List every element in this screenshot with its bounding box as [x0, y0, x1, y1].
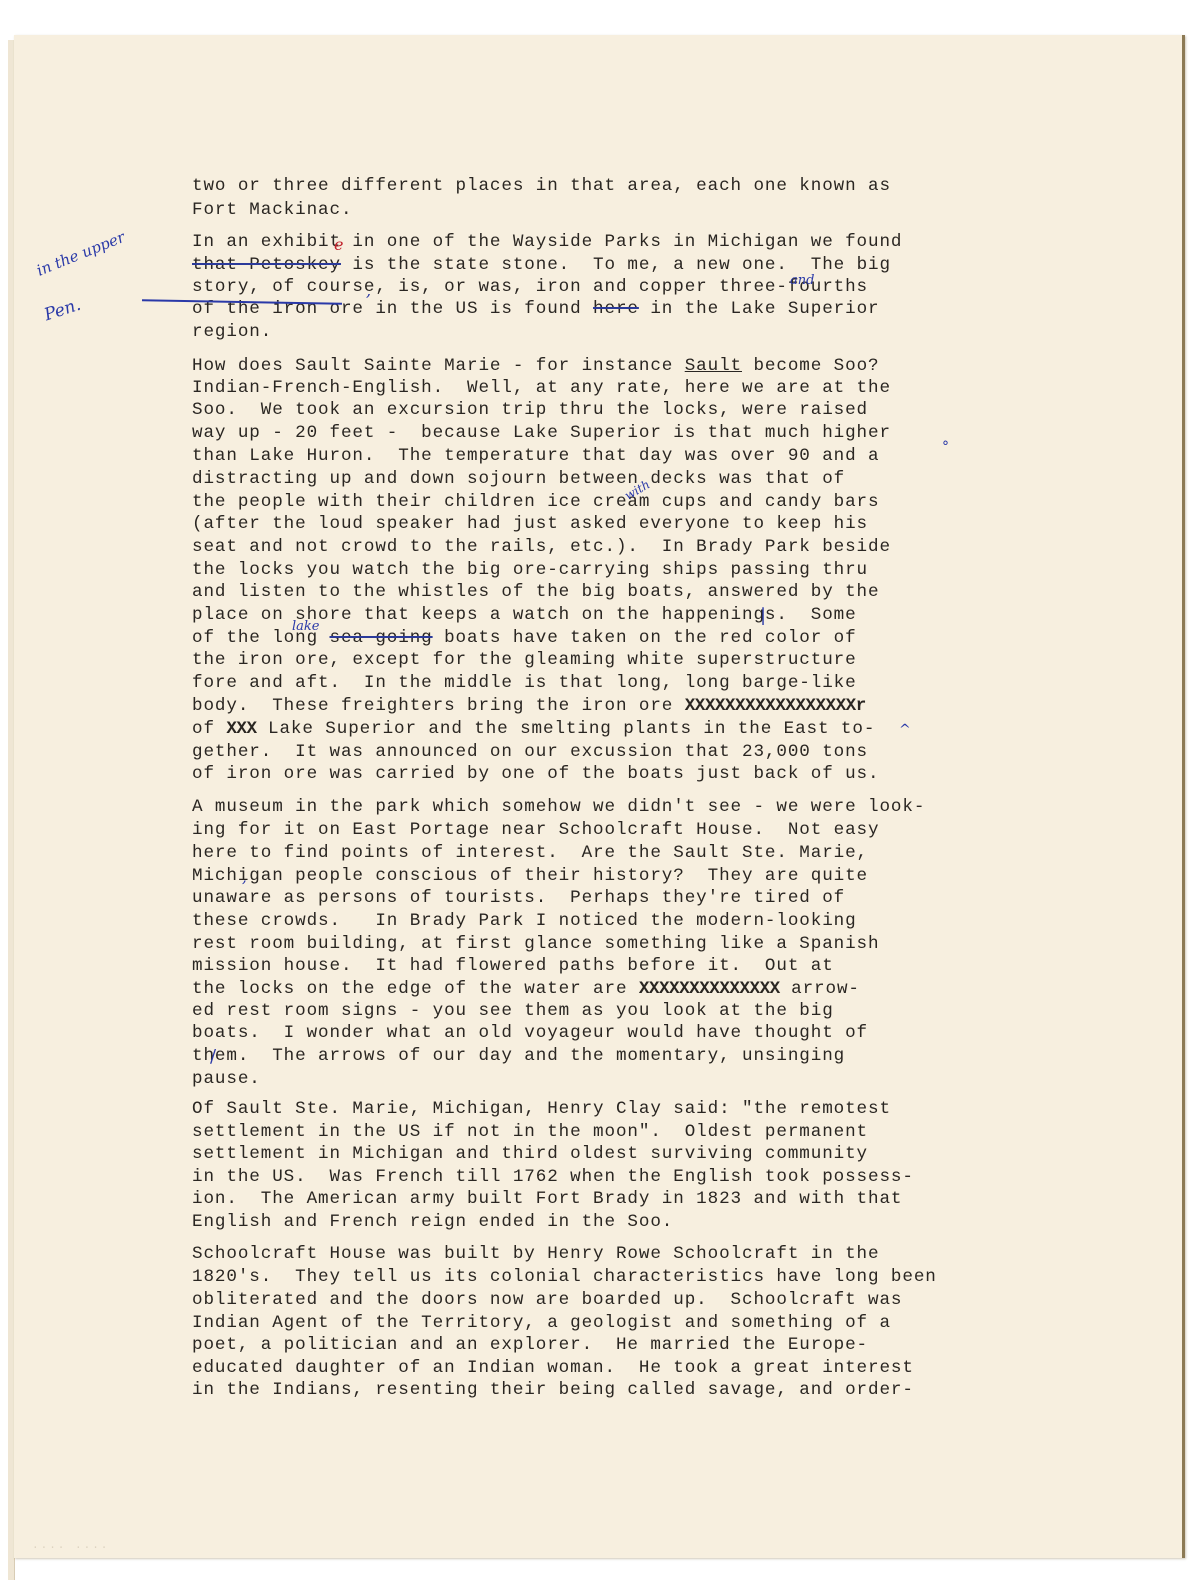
underlined-word-sault: Sault — [685, 356, 742, 376]
text-segment: boats have taken on the red color of — [433, 628, 857, 648]
text-line: than Lake Huron. The temperature that da… — [192, 445, 879, 467]
text-line: obliterated and the doors now are boarde… — [192, 1289, 902, 1311]
text-line: ed rest room signs - you see them as you… — [192, 1000, 834, 1022]
text-line: in the US. Was French till 1762 when the… — [192, 1166, 914, 1188]
faded-stamp: .... .... — [32, 1540, 109, 1552]
text-segment: the locks on the edge of the water are — [192, 979, 639, 999]
text-line: the people with their children ice cream… — [192, 491, 879, 513]
margin-note-handwritten-2: Pen. — [42, 295, 83, 325]
text-line: story, of course, is, or was, iron and c… — [192, 276, 868, 298]
manuscript-page: two or three different places in that ar… — [14, 35, 1185, 1558]
deletion-mark: | — [760, 605, 766, 626]
text-line: region. — [192, 321, 272, 343]
text-line: Indian Agent of the Territory, a geologi… — [192, 1312, 891, 1334]
text-line: rest room building, at first glance some… — [192, 933, 879, 955]
text-segment: in the Lake Superior — [639, 299, 880, 319]
text-line: Soo. We took an excursion trip thru the … — [192, 399, 868, 421]
text-segment: Lake Superior and the smelting plants in… — [257, 719, 876, 739]
text-segment: become Soo? — [742, 356, 880, 376]
text-line: the locks you watch the big ore-carrying… — [192, 559, 868, 581]
text-line: Indian-French-English. Well, at any rate… — [192, 377, 891, 399]
text-line: pause. — [192, 1068, 261, 1090]
text-line: Schoolcraft House was built by Henry Row… — [192, 1243, 879, 1265]
text-line: Fort Mackinac. — [192, 199, 352, 221]
text-line: 1820's. They tell us its colonial charac… — [192, 1266, 937, 1288]
text-line: these crowds. In Brady Park I noticed th… — [192, 910, 857, 932]
text-line: of iron ore was carried by one of the bo… — [192, 763, 879, 785]
struck-word-here: here — [593, 299, 639, 319]
deletion-mark: / — [210, 1046, 216, 1067]
degree-mark: ° — [942, 439, 949, 455]
comma-insert-mark: , — [242, 868, 247, 886]
text-line-underline: How does Sault Sainte Marie - for instan… — [192, 355, 880, 377]
text-segment: of — [192, 719, 226, 739]
lake-insert-mark: lake — [292, 619, 319, 634]
text-line-overstrike: body. These freighters bring the iron or… — [192, 695, 866, 717]
text-line: way up - 20 feet - because Lake Superior… — [192, 422, 891, 444]
comma-insert-mark: , — [366, 281, 371, 300]
text-line: them. The arrows of our day and the mome… — [192, 1045, 845, 1067]
struck-word-sea-going: sea-going — [330, 628, 433, 648]
xed-out-text: XXX — [226, 719, 256, 739]
text-line: unaware as persons of tourists. Perhaps … — [192, 887, 845, 909]
text-line: gether. It was announced on our excussio… — [192, 741, 868, 763]
caret-insert-mark: ^ — [899, 722, 911, 738]
text-line: two or three different places in that ar… — [192, 175, 891, 197]
text-line: fore and aft. In the middle is that long… — [192, 672, 857, 694]
text-line: the iron ore, except for the gleaming wh… — [192, 649, 857, 671]
text-line: (after the loud speaker had just asked e… — [192, 513, 868, 535]
text-line: ing for it on East Portage near Schoolcr… — [192, 819, 879, 841]
text-line-rest: is the state stone. To me, a new one. Th… — [341, 255, 891, 275]
text-line: settlement in Michigan and third oldest … — [192, 1143, 868, 1165]
text-line: Of Sault Ste. Marie, Michigan, Henry Cla… — [192, 1098, 891, 1120]
text-segment: body. These freighters bring the iron or… — [192, 696, 685, 716]
margin-note-handwritten: in the upper — [34, 228, 127, 280]
text-line: seat and not crowd to the rails, etc.). … — [192, 536, 891, 558]
text-line: distracting up and down sojourn between … — [192, 468, 845, 490]
text-line: poet, a politician and an explorer. He m… — [192, 1334, 868, 1356]
text-line: here to find points of interest. Are the… — [192, 842, 868, 864]
text-line: educated daughter of an Indian woman. He… — [192, 1357, 914, 1379]
text-line: mission house. It had flowered paths bef… — [192, 955, 834, 977]
text-line: In an exhibit in one of the Wayside Park… — [192, 231, 902, 253]
text-segment: arrow- — [780, 979, 860, 999]
text-line-struck-start: that Petoskey is the state stone. To me,… — [192, 254, 891, 276]
text-line: and listen to the whistles of the big bo… — [192, 581, 879, 603]
text-line: English and French reign ended in the So… — [192, 1211, 673, 1233]
correction-mark-red: e — [334, 235, 343, 254]
xed-out-text: XXXXXXXXXXXXXX — [639, 979, 780, 999]
text-line-overstrike: of XXX Lake Superior and the smelting pl… — [192, 718, 875, 740]
text-line: settlement in the US if not in the moon"… — [192, 1121, 868, 1143]
struck-text: that Petoskey — [192, 255, 341, 275]
text-line: in the Indians, resenting their being ca… — [192, 1379, 914, 1401]
text-line: A museum in the park which somehow we di… — [192, 796, 925, 818]
text-line: Michigan people conscious of their histo… — [192, 865, 868, 887]
xed-out-text: XXXXXXXXXXXXXXXXXr — [685, 696, 866, 716]
and-insert-mark: and — [790, 273, 814, 288]
text-line-overstrike: the locks on the edge of the water are X… — [192, 978, 860, 1000]
text-segment: How does Sault Sainte Marie - for instan… — [192, 356, 685, 376]
text-line: boats. I wonder what an old voyageur wou… — [192, 1022, 868, 1044]
text-line: ion. The American army built Fort Brady … — [192, 1188, 902, 1210]
